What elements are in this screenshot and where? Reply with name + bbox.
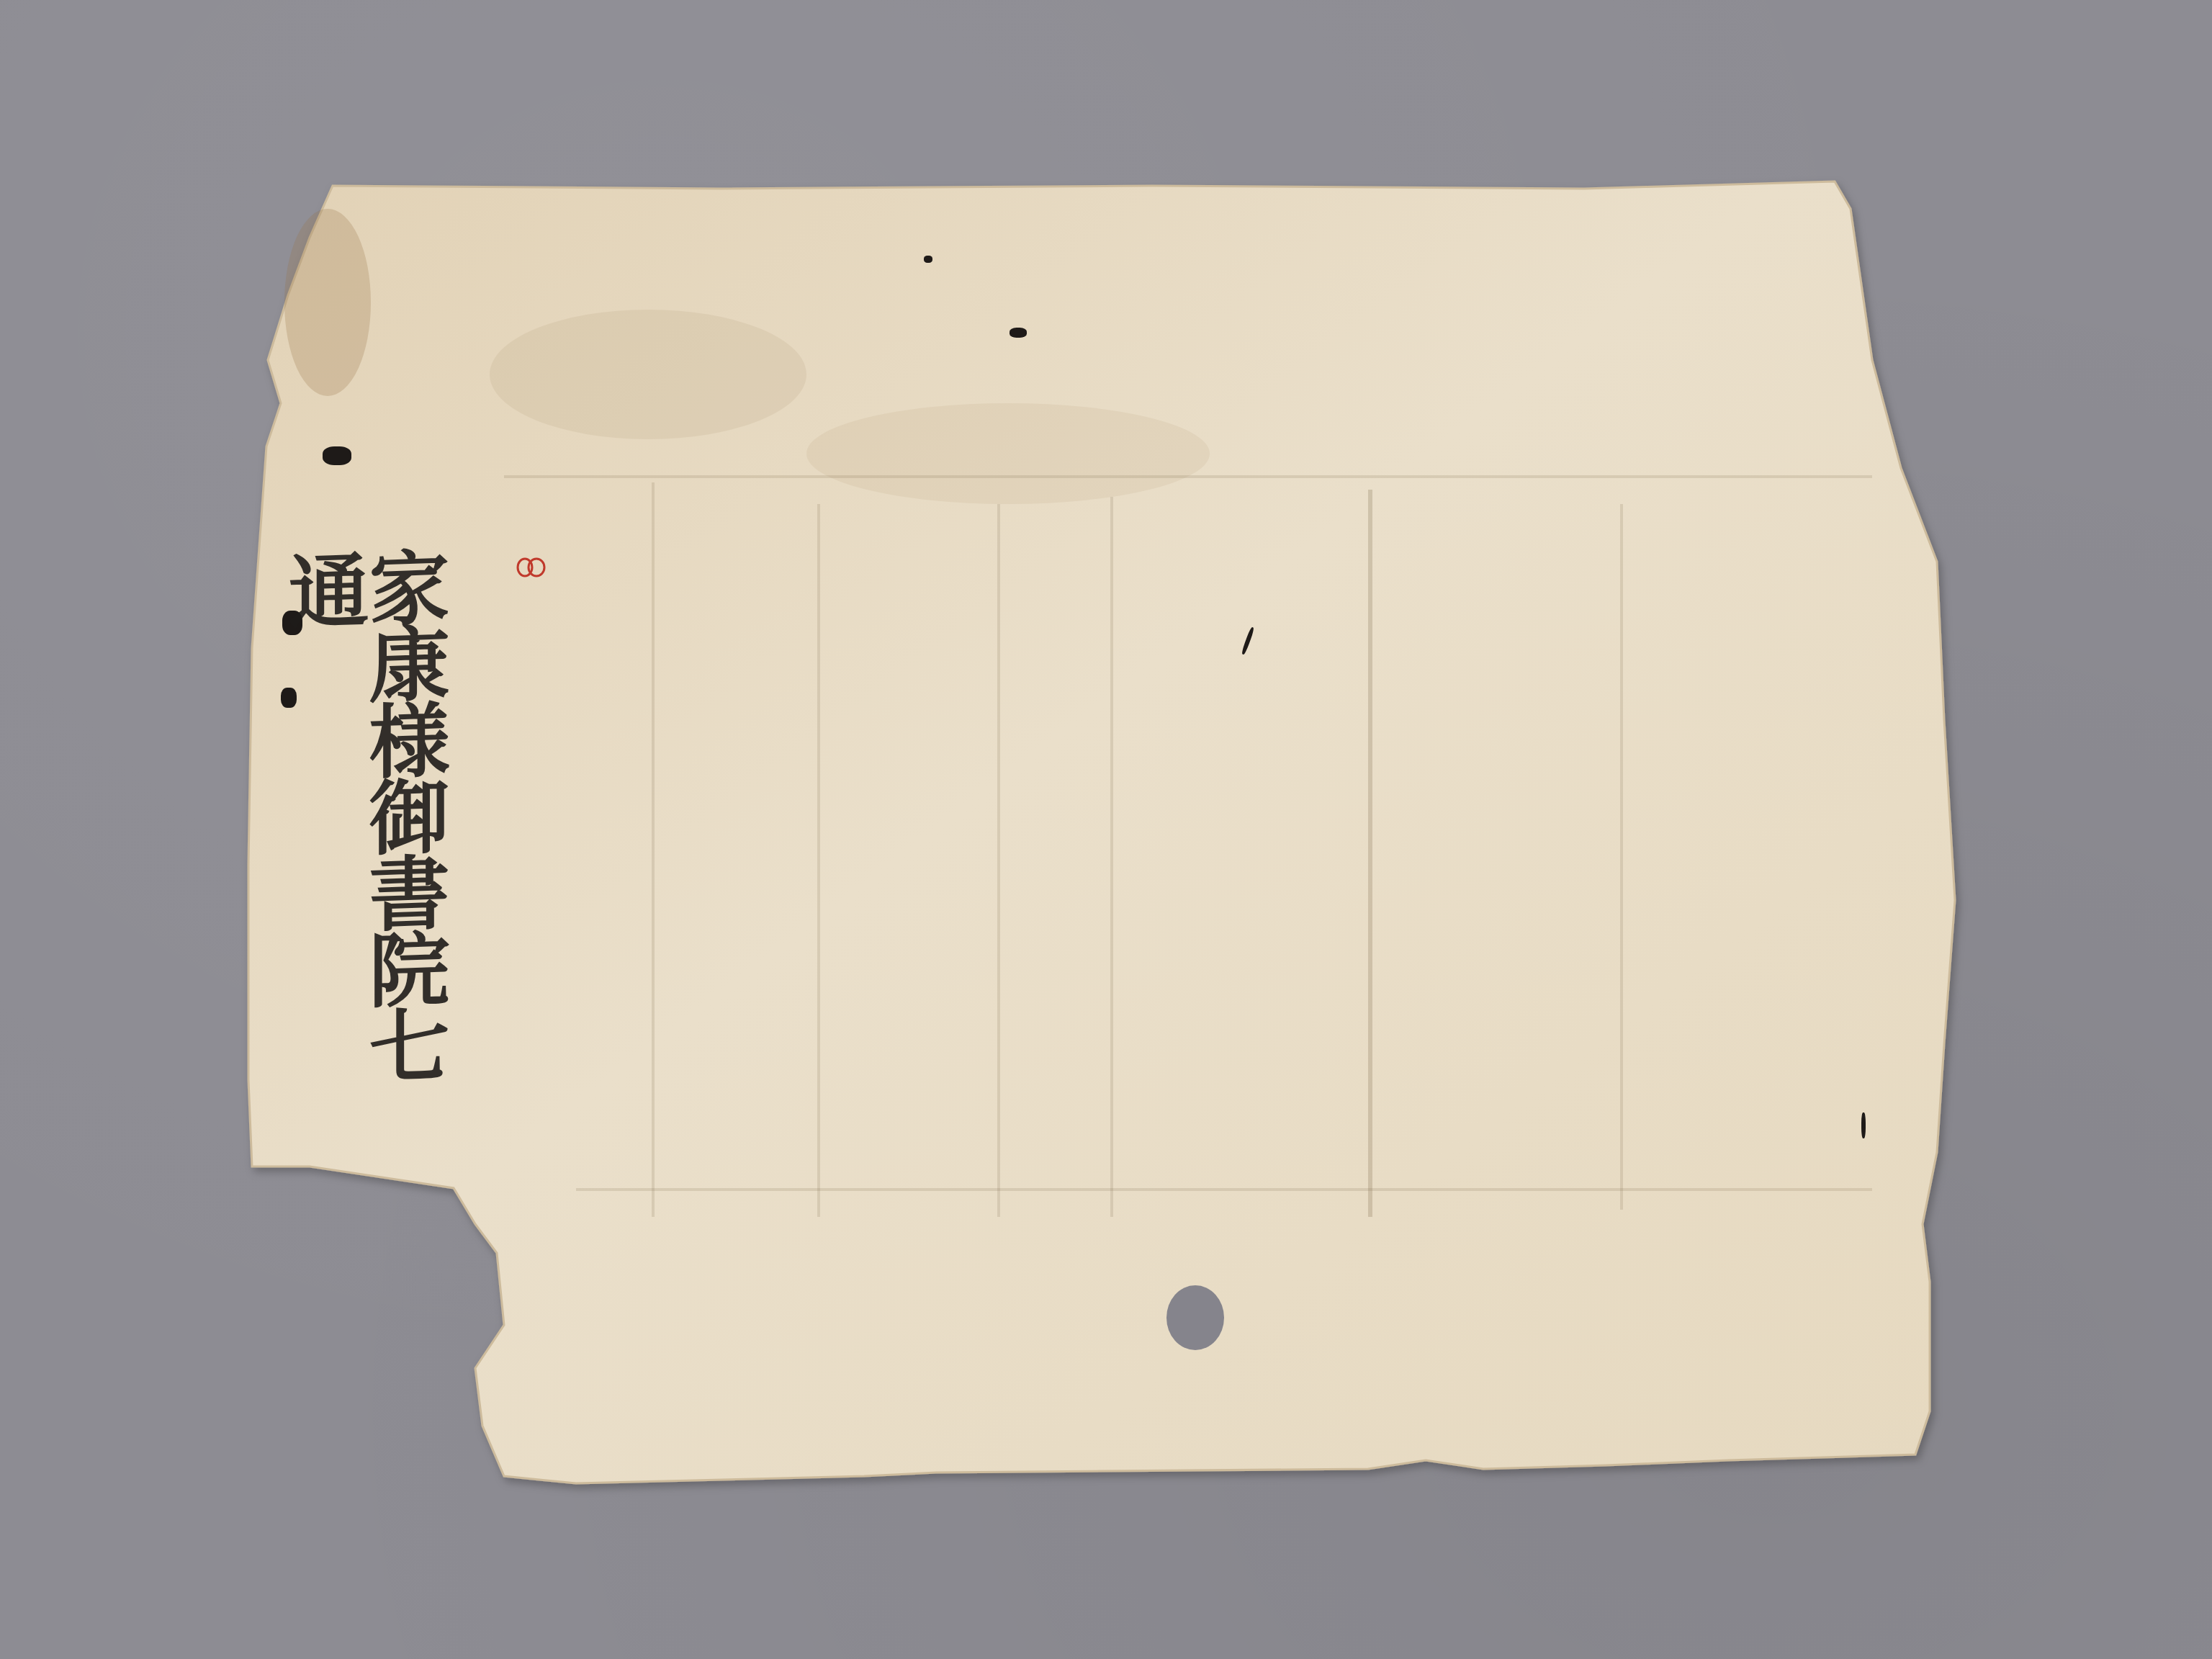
red-seal-mark [513,554,550,580]
fold-crease [817,504,820,1217]
fold-crease [1368,490,1372,1217]
fold-crease [1620,504,1623,1210]
fold-crease [576,1188,1872,1191]
damage-spot [281,688,297,708]
damage-spot [323,446,351,465]
damage-spot [1010,328,1027,338]
damage-spot [924,256,932,263]
photo-stage: 家康様御書院七通 [0,0,2212,1659]
fold-crease [1110,497,1113,1217]
fold-crease [997,504,1000,1217]
main-inscription: 家康様御書院七通 [328,545,443,1140]
fold-crease [652,482,655,1217]
ink-mark [1861,1112,1866,1138]
fold-crease [504,475,1872,478]
